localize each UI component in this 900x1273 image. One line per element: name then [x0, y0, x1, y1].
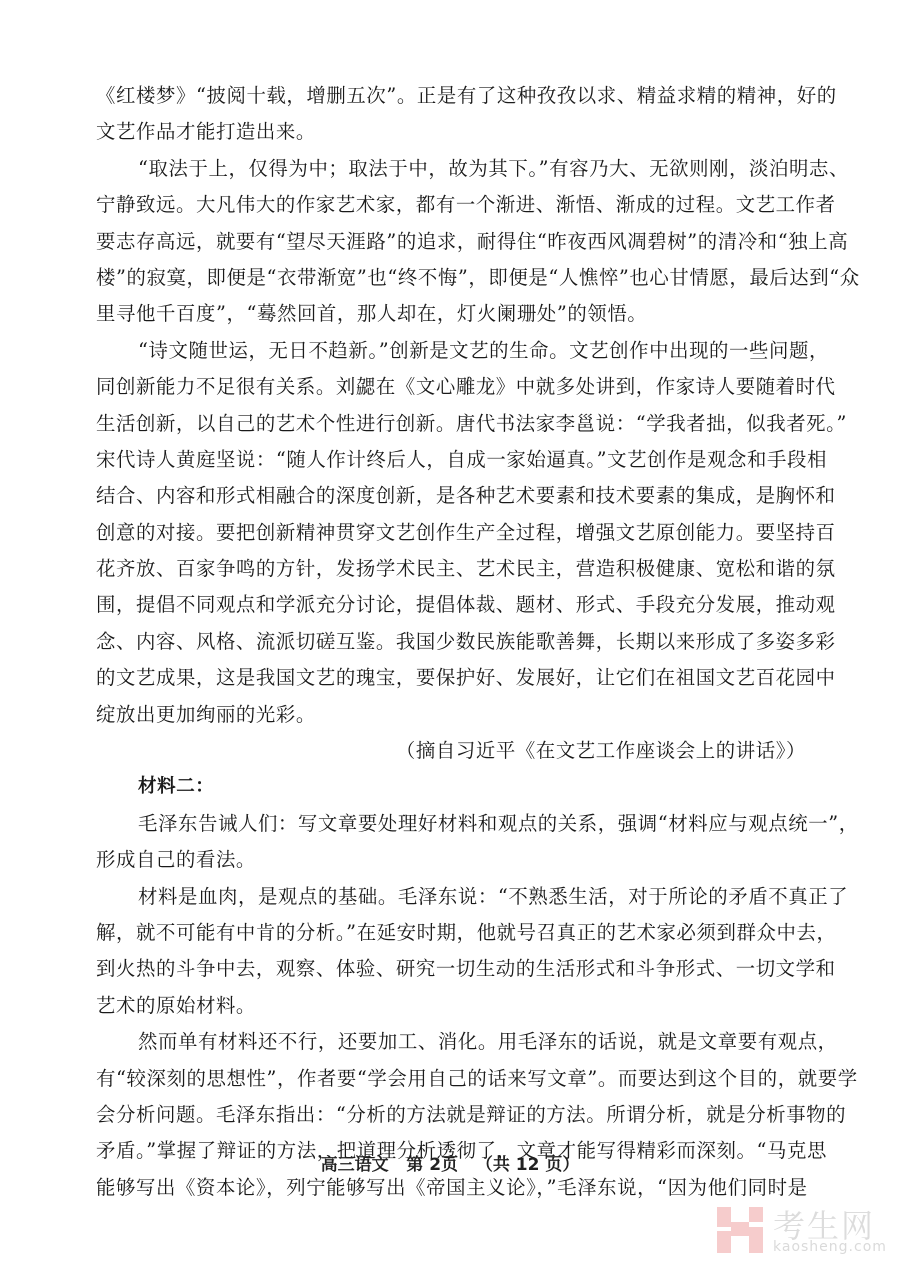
section-heading-material-two: 材料二：	[96, 769, 806, 805]
text-line: 材料是血肉，是观点的基础。毛泽东说：“不熟悉生活，对于所论的矛盾不真正了	[96, 879, 806, 915]
text-line: 绽放出更加绚丽的光彩。	[96, 697, 806, 733]
text-line: 艺术的原始材料。	[96, 988, 806, 1024]
text-line: “诗文随世运，无日不趋新。”创新是文艺的生命。文艺创作中出现的一些问题，	[96, 333, 806, 369]
text-line: 花齐放、百家争鸣的方针，发扬学术民主、艺术民主，营造积极健康、宽松和谐的氛	[96, 551, 806, 587]
text-line: 会分析问题。毛泽东指出：“分析的方法就是辩证的方法。所谓分析，就是分析事物的	[96, 1097, 806, 1133]
text-line: “取法于上，仅得为中；取法于中，故为其下。”有容乃大、无欲则刚，淡泊明志、	[96, 151, 806, 187]
watermark: 考生网 kaosheng.com	[717, 1205, 897, 1267]
text-line: 宋代诗人黄庭坚说：“随人作计终后人，自成一家始逼真。”文艺创作是观念和手段相	[96, 442, 806, 478]
text-line: 然而单有材料还不行，还要加工、消化。用毛泽东的话说，就是文章要有观点，	[96, 1024, 806, 1060]
text-line: 解，就不可能有中肯的分析。”在延安时期，他就号召真正的艺术家必须到群众中去，	[96, 915, 806, 951]
page-footer: 高三语文 第 2页 （共 12 页）	[0, 1150, 900, 1175]
text-line: 里寻他千百度”，“蓦然回首，那人却在，灯火阑珊处”的领悟。	[96, 296, 806, 332]
kaosheng-logo-icon	[717, 1205, 763, 1253]
text-line: 结合、内容和形式相融合的深度创新，是各种艺术要素和技术要素的集成，是胸怀和	[96, 478, 806, 514]
text-line: 毛泽东告诫人们：写文章要处理好材料和观点的关系，强调“材料应与观点统一”，	[96, 806, 806, 842]
watermark-domain: kaosheng.com	[773, 1239, 887, 1255]
text-line: 念、内容、风格、流派切磋互鉴。我国少数民族能歌善舞，长期以来形成了多姿多彩	[96, 624, 806, 660]
text-line: 生活创新，以自己的艺术个性进行创新。唐代书法家李邕说：“学我者拙，似我者死。”	[96, 406, 806, 442]
text-line: 围，提倡不同观点和学派充分讨论，提倡体裁、题材、形式、手段充分发展，推动观	[96, 587, 806, 623]
text-line: 宁静致远。大凡伟大的作家艺术家，都有一个渐进、渐悟、渐成的过程。文艺工作者	[96, 187, 806, 223]
text-line: 创意的对接。要把创新精神贯穿文艺创作生产全过程，增强文艺原创能力。要坚持百	[96, 515, 806, 551]
text-line: 有“较深刻的思想性”，作者要“学会用自己的话来写文章”。而要达到这个目的，就要学	[96, 1061, 806, 1097]
text-line: 要志存高远，就要有“望尽天涯路”的追求，耐得住“昨夜西风凋碧树”的清冷和“独上高	[96, 224, 806, 260]
text-line: 文艺作品才能打造出来。	[96, 114, 806, 150]
exam-page-body: 《红楼梦》“披阅十载，增删五次”。正是有了这种孜孜以求、精益求精的精神，好的 文…	[96, 78, 806, 1206]
text-line: 能够写出《资本论》，列宁能够写出《帝国主义论》，”毛泽东说，“因为他们同时是	[96, 1170, 806, 1206]
text-line: 形成自己的看法。	[96, 842, 806, 878]
material-two-text: 毛泽东告诫人们：写文章要处理好材料和观点的关系，强调“材料应与观点统一”， 形成…	[96, 806, 806, 1206]
material-one-text: 《红楼梦》“披阅十载，增删五次”。正是有了这种孜孜以求、精益求精的精神，好的 文…	[96, 78, 806, 733]
source-citation: （摘自习近平《在文艺工作座谈会上的讲话》）	[96, 733, 806, 769]
text-line: 楼”的寂寞，即便是“衣带渐宽”也“终不悔”，即便是“人憔悴”也心甘情愿，最后达到…	[96, 260, 806, 296]
text-line: 同创新能力不足很有关系。刘勰在《文心雕龙》中就多处讲到，作家诗人要随着时代	[96, 369, 806, 405]
text-line: 到火热的斗争中去，观察、体验、研究一切生动的生活形式和斗争形式、一切文学和	[96, 951, 806, 987]
text-line: 的文艺成果，这是我国文艺的瑰宝，要保护好、发展好，让它们在祖国文艺百花园中	[96, 660, 806, 696]
text-line: 《红楼梦》“披阅十载，增删五次”。正是有了这种孜孜以求、精益求精的精神，好的	[96, 78, 806, 114]
